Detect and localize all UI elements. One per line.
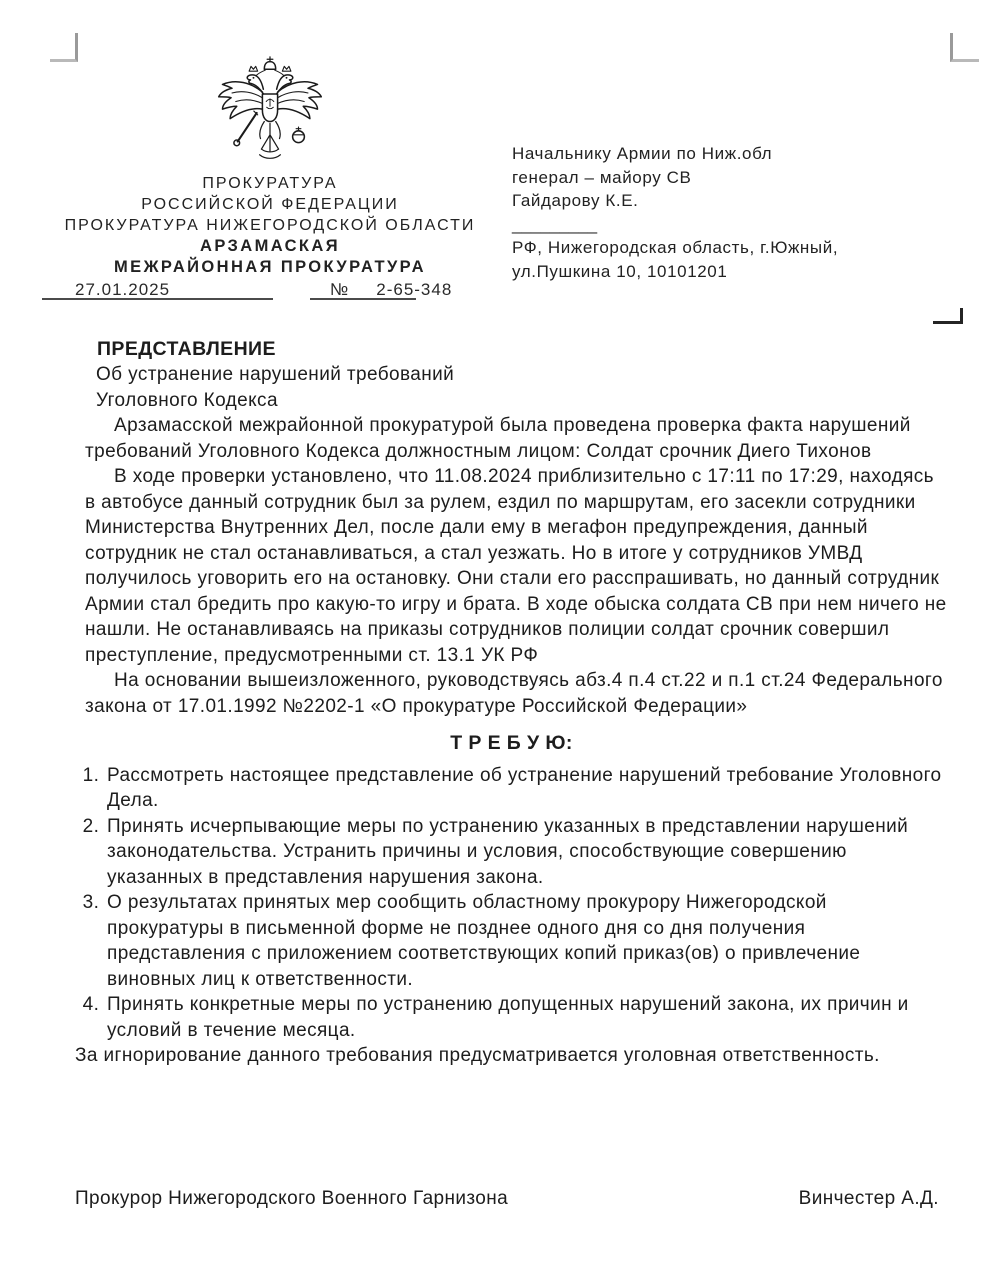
demands-list: Рассмотреть настоящее представление об у… [75,763,948,1044]
org-line: ПРОКУРАТУРА НИЖЕГОРОДСКОЙ ОБЛАСТИ [40,215,500,236]
signer-title: Прокурор Нижегородского Военного Гарнизо… [75,1188,508,1210]
document-date: 27.01.2025 [75,280,170,299]
document-subtitle-line: Об устранение нарушений требований [96,362,948,388]
document-page: ПРОКУРАТУРА РОССИЙСКОЙ ФЕДЕРАЦИИ ПРОКУРА… [0,0,1001,1280]
reference-line: 27.01.2025 №2-65-348 [40,280,500,303]
document-body: ПРЕДСТАВЛЕНИЕ Об устранение нарушений тр… [75,336,948,1069]
addressee-line: Гайдарову К.Е. [512,189,952,213]
address-line: РФ, Нижегородская область, г.Южный, [512,236,952,260]
demand-item: Принять конкретные меры по устранению до… [105,992,948,1043]
document-title: ПРЕДСТАВЛЕНИЕ [97,336,948,362]
addressee-block: Начальнику Армии по Ниж.обл генерал – ма… [512,142,952,283]
org-line: ПРОКУРАТУРА [40,173,500,194]
document-subtitle-line: Уголовного Кодекса [96,388,948,414]
date-underline: 27.01.2025 [42,280,273,300]
demand-item: Принять исчерпывающие меры по устранению… [105,814,948,891]
org-line-bold: АРЗАМАСКАЯ [40,236,500,257]
letterhead: ПРОКУРАТУРА РОССИЙСКОЙ ФЕДЕРАЦИИ ПРОКУРА… [40,54,500,303]
demand-item: Рассмотреть настоящее представление об у… [105,763,948,814]
org-name-block: ПРОКУРАТУРА РОССИЙСКОЙ ФЕДЕРАЦИИ ПРОКУРА… [40,173,500,278]
paragraph: В ходе проверки установлено, что 11.08.2… [85,464,948,668]
document-number: 2-65-348 [376,280,452,299]
addressee-line: генерал – майору СВ [512,166,952,190]
signature-row: Прокурор Нижегородского Военного Гарнизо… [0,1188,1001,1210]
org-line: РОССИЙСКОЙ ФЕДЕРАЦИИ [40,194,500,215]
crop-mark-right-icon [933,308,963,324]
number-underline: №2-65-348 [310,280,416,300]
russian-coat-of-arms-icon [40,54,500,170]
addressee-line: Начальнику Армии по Ниж.обл [512,142,952,166]
demand-item: О результатах принятых мер сообщить обла… [105,890,948,992]
signer-name: Винчестер А.Д. [799,1188,939,1210]
address-line: ул.Пушкина 10, 10101201 [512,260,952,284]
crop-mark-top-right-icon [950,33,979,62]
demand-heading: Т Р Е Б У Ю: [75,731,948,757]
paragraph: Арзамасской межрайонной прокуратурой был… [85,413,948,464]
number-sign: № [330,280,349,299]
org-line-bold: МЕЖРАЙОННАЯ ПРОКУРАТУРА [40,257,500,278]
warning-text: За игнорирование данного требования пред… [75,1043,948,1069]
addressee-blank-line: _________ [512,213,952,237]
paragraph: На основании вышеизложенного, руководств… [85,668,948,719]
